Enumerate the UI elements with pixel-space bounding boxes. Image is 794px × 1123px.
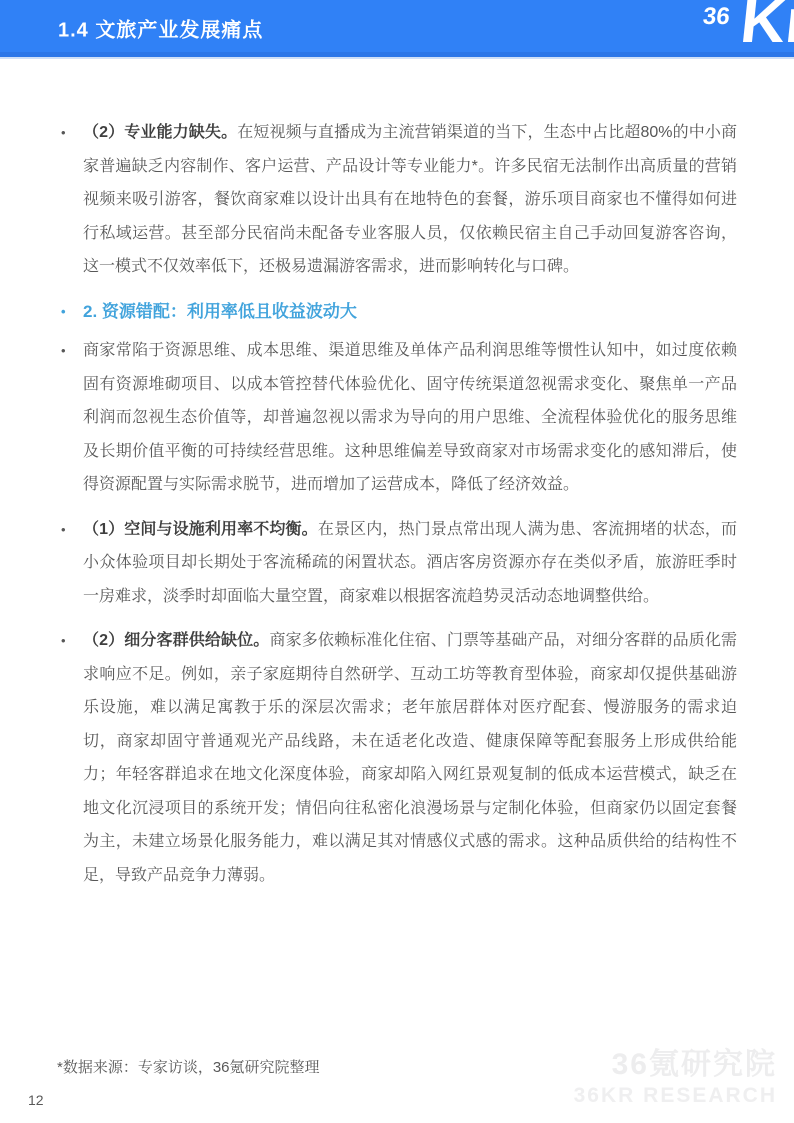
page-number: 12	[28, 1092, 44, 1108]
bullet-paragraph: • （2）专业能力缺失。在短视频与直播成为主流营销渠道的当下，生态中占比超80%…	[83, 116, 737, 284]
document-body: • （2）专业能力缺失。在短视频与直播成为主流营销渠道的当下，生态中占比超80%…	[83, 57, 737, 903]
bullet-icon: •	[61, 513, 66, 547]
paragraph-text: 商家常陷于资源思维、成本思维、渠道思维及单体产品利润思维等惯性认知中，如过度依赖…	[83, 342, 737, 493]
bullet-paragraph: • （2）细分客群供给缺位。商家多依赖标准化住宿、门票等基础产品，对细分客群的品…	[83, 624, 737, 892]
paragraph-lead: （2）细分客群供给缺位。	[83, 632, 269, 649]
page-header: 1.4 文旅产业发展痛点 36 Kr	[0, 0, 794, 59]
paragraph-text: 商家多依赖标准化住宿、门票等基础产品，对细分客群的品质化需求响应不足。例如，亲子…	[83, 632, 737, 884]
report-page: 1.4 文旅产业发展痛点 36 Kr • （2）专业能力缺失。在短视频与直播成为…	[0, 0, 794, 1123]
watermark-cn: 36氪研究院	[574, 1050, 777, 1080]
watermark-en: 36KR RESEARCH	[574, 1085, 777, 1106]
bullet-icon: •	[61, 334, 66, 368]
bullet-paragraph: • （1）空间与设施利用率不均衡。在景区内，热门景点常出现人满为患、客流拥堵的状…	[83, 513, 737, 614]
section-subheading: • 2. 资源错配：利用率低且收益波动大	[83, 295, 737, 329]
logo-36-text: 36	[702, 5, 731, 29]
bullet-icon: •	[61, 624, 66, 658]
paragraph-lead: （1）空间与设施利用率不均衡。	[83, 521, 318, 538]
bullet-paragraph: • 商家常陷于资源思维、成本思维、渠道思维及单体产品利润思维等惯性认知中，如过度…	[83, 334, 737, 502]
paragraph-text: 在短视频与直播成为主流营销渠道的当下，生态中占比超80%的中小商家普遍缺乏内容制…	[83, 124, 737, 275]
paragraph-lead: （2）专业能力缺失。	[83, 124, 237, 141]
bullet-icon: •	[61, 116, 66, 150]
bullet-icon: •	[61, 295, 66, 329]
subheading-text: 2. 资源错配：利用率低且收益波动大	[83, 302, 357, 321]
page-title: 1.4 文旅产业发展痛点	[58, 13, 263, 42]
logo-kr-text: Kr	[738, 0, 794, 53]
data-source-footnote: *数据来源：专家访谈，36氪研究院整理	[57, 1056, 320, 1077]
watermark: 36氪研究院 36KR RESEARCH	[574, 1050, 777, 1106]
